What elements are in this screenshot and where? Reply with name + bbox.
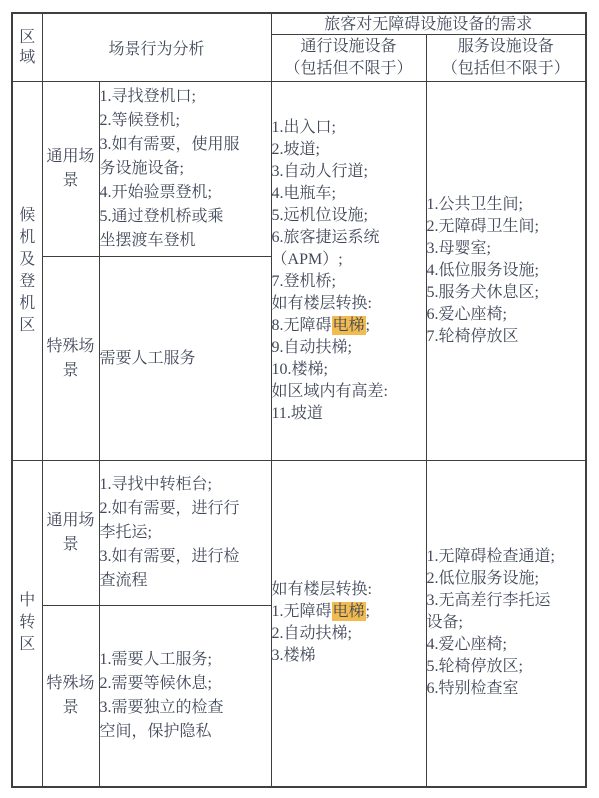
list-line: 5.服务犬休息区;	[427, 282, 586, 304]
list-line: （APM）;	[272, 249, 426, 271]
list-line: 11.坡道	[272, 403, 426, 425]
list-line: 4.低位服务设施;	[427, 260, 586, 282]
list-line: 设备;	[427, 612, 586, 634]
list-line: 3.如有需要，使用服	[100, 133, 271, 157]
behavior-cell-special-2: 1.需要人工服务;2.需要等候休息;3.需要独立的检查空间，保护隐私	[99, 606, 271, 787]
text-highlight: 电梯	[332, 316, 366, 335]
list-line: 2.需要等候休息;	[100, 672, 271, 696]
list-line: 1.无障碍检查通道;	[427, 546, 586, 568]
list-line: 李托运;	[100, 521, 271, 545]
passage-facilities-cell-2: 如有楼层转换:1.无障碍电梯;2.自动扶梯;3.楼梯	[271, 461, 426, 787]
list-line: 如有楼层转换:	[272, 293, 426, 315]
list-line: 2.坡道;	[272, 139, 426, 161]
list-line: 4.开始验票登机;	[100, 181, 271, 205]
list-line: 如区域内有高差:	[272, 381, 426, 403]
list-line: 4.电瓶车;	[272, 183, 426, 205]
passage-facilities-cell-1: 1.出入口;2.坡道;3.自动人行道;4.电瓶车;5.远机位设施;6.旅客捷运系…	[271, 82, 426, 461]
list-line: 2.无障碍卫生间;	[427, 216, 586, 238]
region-label-waiting-boarding: 候机及登机区	[12, 82, 42, 461]
scenario-type-general-1: 通用场景	[42, 82, 99, 257]
behavior-cell-special-1: 需要人工服务	[99, 257, 271, 461]
list-line: 5.远机位设施;	[272, 205, 426, 227]
list-line: 8.无障碍电梯;	[272, 315, 426, 337]
list-line: 务设施设备;	[100, 157, 271, 181]
service-facilities-cell-1: 1.公共卫生间;2.无障碍卫生间;3.母婴室;4.低位服务设施;5.服务犬休息区…	[426, 82, 586, 461]
list-line: 2.如有需要，进行行	[100, 497, 271, 521]
list-line: 10.楼梯;	[272, 359, 426, 381]
list-line: 空间，保护隐私	[100, 720, 271, 744]
list-line: 坐摆渡车登机	[100, 229, 271, 253]
list-line: 3.楼梯	[272, 645, 426, 667]
list-line: 2.低位服务设施;	[427, 568, 586, 590]
list-line: 如有楼层转换:	[272, 579, 426, 601]
scenario-analysis-header: 场景行为分析	[42, 13, 271, 82]
list-line: 6.旅客捷运系统	[272, 227, 426, 249]
behavior-cell-general-1: 1.寻找登机口;2.等候登机;3.如有需要，使用服务设施设备;4.开始验票登机;…	[99, 82, 271, 257]
list-line: 5.轮椅停放区;	[427, 656, 586, 678]
list-line: 6.爱心座椅;	[427, 304, 586, 326]
list-line: 3.母婴室;	[427, 238, 586, 260]
list-line: 7.轮椅停放区	[427, 326, 586, 348]
list-line: 1.公共卫生间;	[427, 194, 586, 216]
list-line: 3.无高差行李托运	[427, 590, 586, 612]
list-line: 6.特别检查室	[427, 678, 586, 700]
scenario-type-special-2: 特殊场景	[42, 606, 99, 787]
text-highlight: 电梯	[332, 602, 366, 621]
list-line: 3.如有需要，进行检	[100, 545, 271, 569]
service-facilities-cell-2: 1.无障碍检查通道;2.低位服务设施;3.无高差行李托运设备;4.爱心座椅;5.…	[426, 461, 586, 787]
list-line: 7.登机桥;	[272, 271, 426, 293]
list-line: 需要人工服务	[100, 347, 271, 371]
list-line: 1.寻找登机口;	[100, 85, 271, 109]
passage-facilities-header: 通行设施设备 （包括但不限于）	[271, 35, 426, 82]
scenario-type-general-2: 通用场景	[42, 461, 99, 606]
list-line: 2.等候登机;	[100, 109, 271, 133]
list-line: 1.出入口;	[272, 117, 426, 139]
scenario-type-special-1: 特殊场景	[42, 257, 99, 461]
service-facilities-header: 服务设施设备 （包括但不限于）	[426, 35, 586, 82]
list-line: 1.无障碍电梯;	[272, 601, 426, 623]
list-line: 1.寻找中转柜台;	[100, 473, 271, 497]
behavior-cell-general-2: 1.寻找中转柜台;2.如有需要，进行行李托运;3.如有需要，进行检查流程	[99, 461, 271, 606]
list-line: 4.爱心座椅;	[427, 634, 586, 656]
list-line: 9.自动扶梯;	[272, 337, 426, 359]
list-line: 查流程	[100, 569, 271, 593]
list-line: 3.需要独立的检查	[100, 696, 271, 720]
list-line: 3.自动人行道;	[272, 161, 426, 183]
needs-title-header: 旅客对无障碍设施设备的需求	[271, 13, 586, 35]
accessibility-needs-table: 区域 场景行为分析 旅客对无障碍设施设备的需求 通行设施设备 （包括但不限于） …	[11, 12, 587, 788]
list-line: 5.通过登机桥或乘	[100, 205, 271, 229]
list-line: 1.需要人工服务;	[100, 648, 271, 672]
document-page: 区域 场景行为分析 旅客对无障碍设施设备的需求 通行设施设备 （包括但不限于） …	[0, 0, 599, 798]
region-column-header: 区域	[12, 13, 42, 82]
list-line: 2.自动扶梯;	[272, 623, 426, 645]
region-label-transfer: 中转区	[12, 461, 42, 787]
